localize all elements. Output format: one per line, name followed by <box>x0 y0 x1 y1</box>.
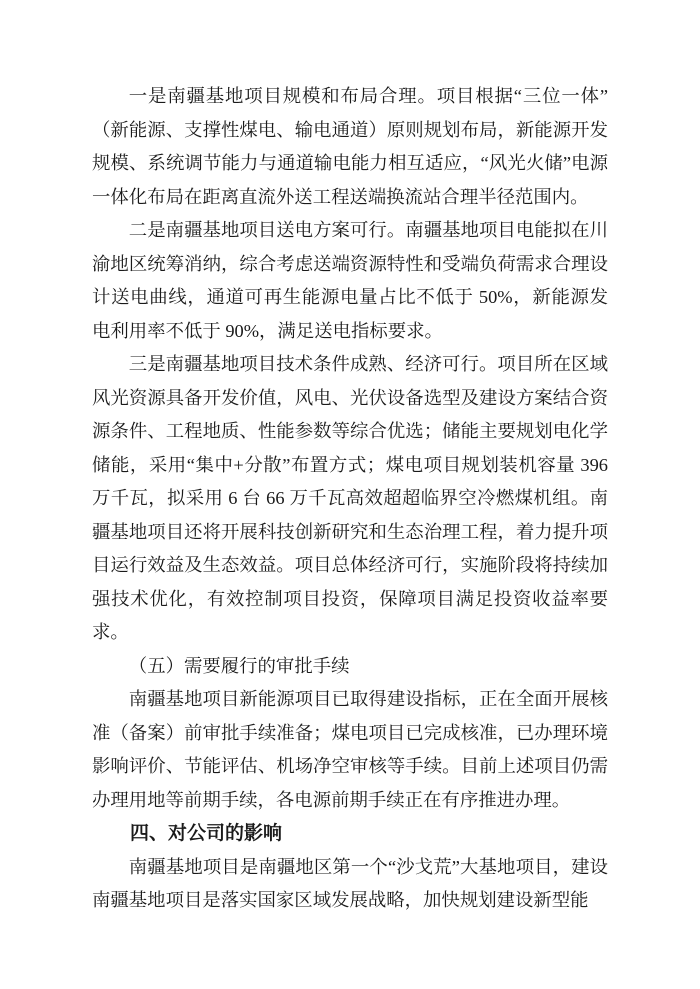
document-page: 一是南疆基地项目规模和布局合理。项目根据“三位一体”（新能源、支撑性煤电、输电通… <box>0 0 700 989</box>
section-heading-impact-on-company: 四、对公司的影响 <box>92 817 608 851</box>
paragraph-impact-description: 南疆基地项目是南疆地区第一个“沙戈荒”大基地项目，建设南疆基地项目是落实国家区域… <box>92 851 608 918</box>
paragraph-approval-status: 南疆基地项目新能源项目已取得建设指标，正在全面开展核准（备案）前审批手续准备；煤… <box>92 683 608 817</box>
subsection-heading-approval-procedures: （五）需要履行的审批手续 <box>92 650 608 684</box>
paragraph-point-three-technical-economic: 三是南疆基地项目技术条件成熟、经济可行。项目所在区域风光资源具备开发价值，风电、… <box>92 348 608 650</box>
paragraph-point-one-scale-layout: 一是南疆基地项目规模和布局合理。项目根据“三位一体”（新能源、支撑性煤电、输电通… <box>92 80 608 214</box>
document-text-block: 一是南疆基地项目规模和布局合理。项目根据“三位一体”（新能源、支撑性煤电、输电通… <box>92 80 608 918</box>
paragraph-point-two-transmission-plan: 二是南疆基地项目送电方案可行。南疆基地项目电能拟在川渝地区统筹消纳，综合考虑送端… <box>92 214 608 348</box>
